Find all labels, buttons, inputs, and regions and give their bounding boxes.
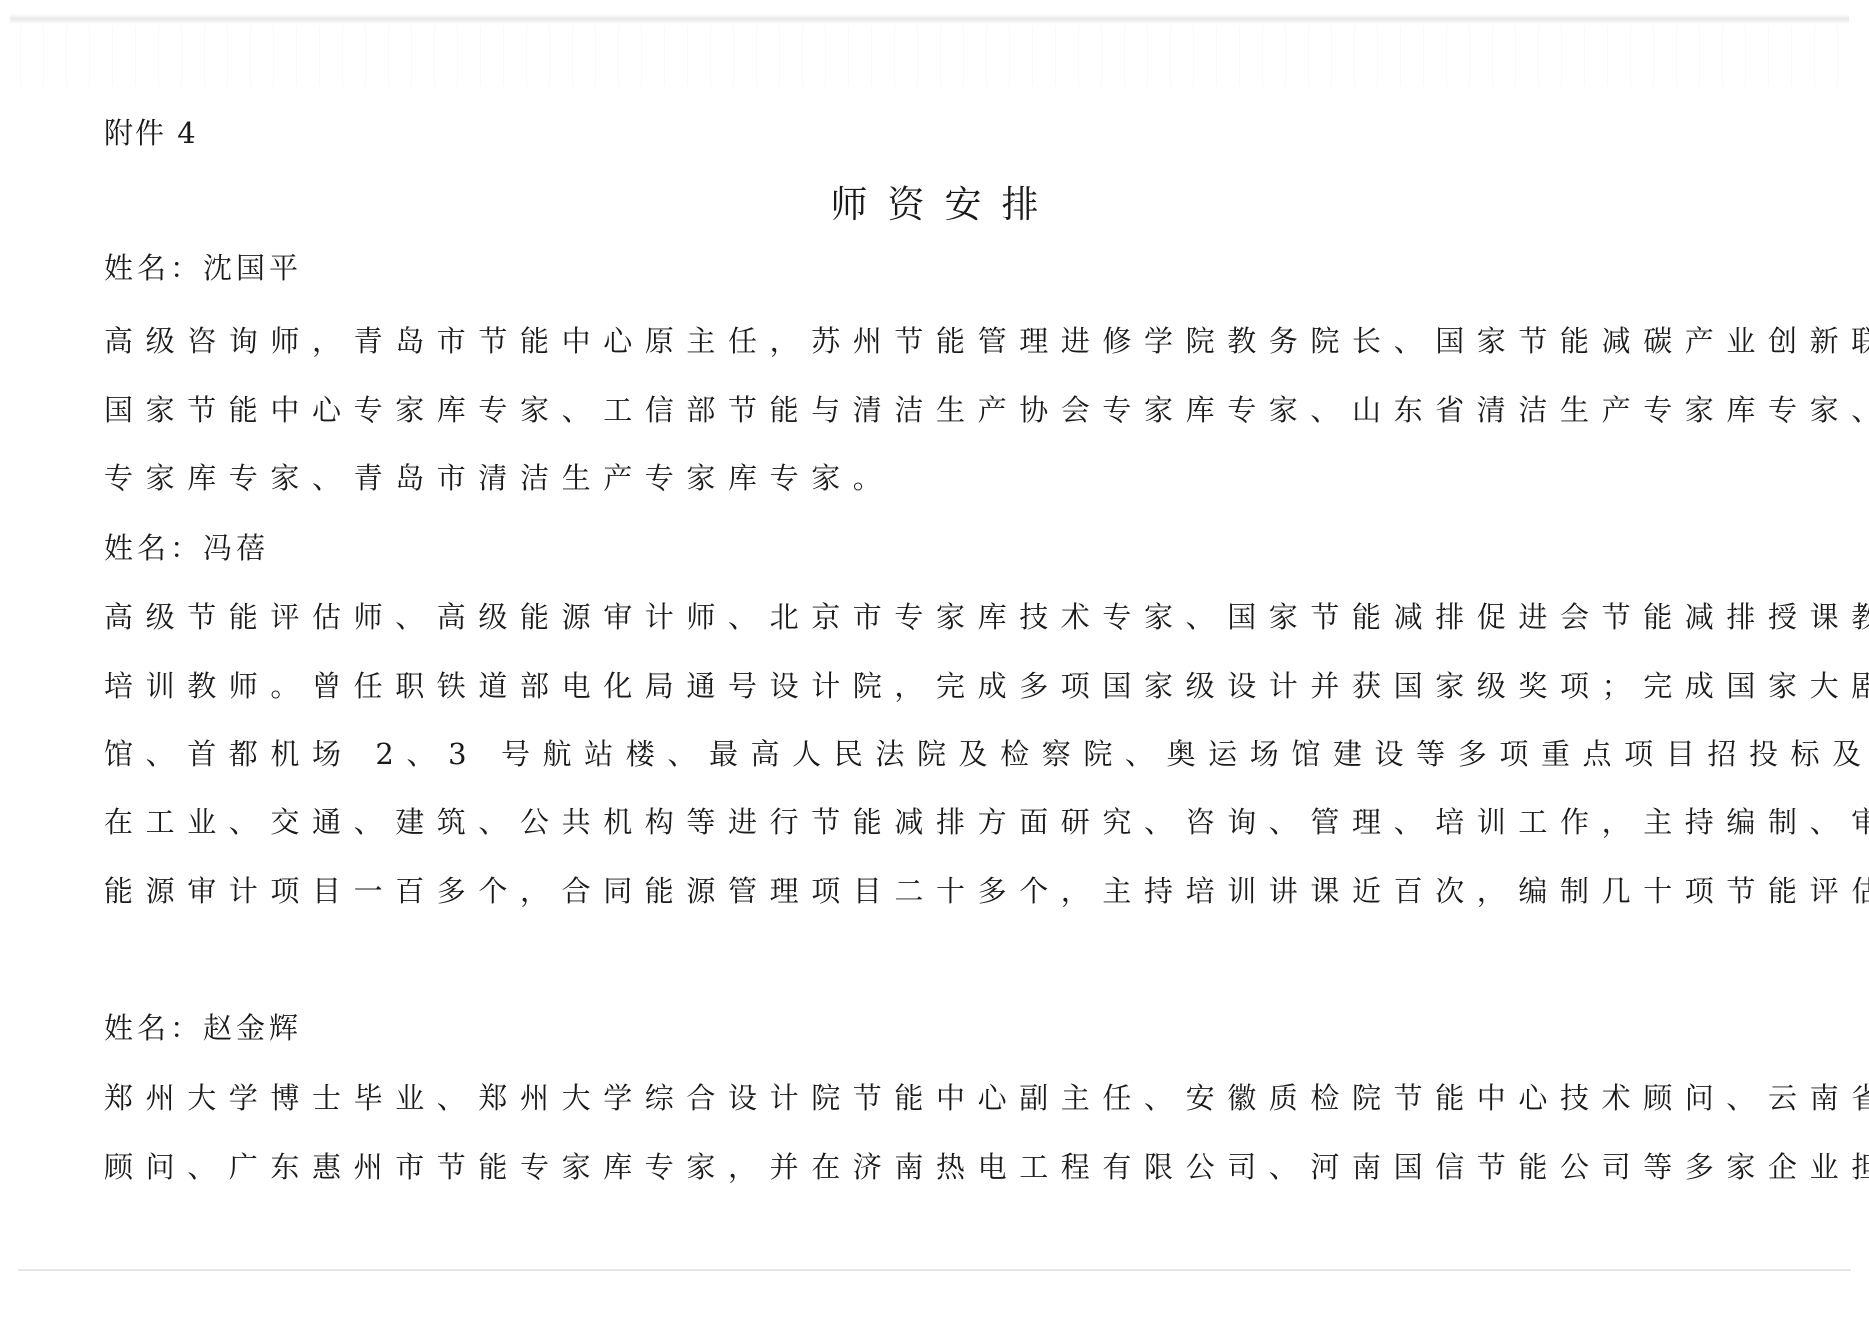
teacher-name-zhao-jinhui: 姓名：赵金辉 bbox=[104, 1010, 302, 1046]
teacher-name-shen-guoping: 姓名：沈国平 bbox=[104, 250, 302, 286]
teacher-bio-line: 馆、首都机场 2、3 号航站楼、最高人民法院及检察院、奥运场馆建设等多项重点项目… bbox=[104, 736, 1869, 772]
attachment-label: 附件 4 bbox=[104, 115, 198, 151]
teacher-bio-line: 国家节能中心专家库专家、工信部节能与清洁生产协会专家库专家、山东省清洁生产专家库… bbox=[104, 392, 1869, 428]
page-title: 师资安排 bbox=[0, 183, 1869, 227]
teacher-bio-line: 专家库专家、青岛市清洁生产专家库专家。 bbox=[104, 460, 894, 496]
teacher-bio-line: 郑州大学博士毕业、郑州大学综合设计院节能中心副主任、安徽质检院节能中心技术顾问、… bbox=[104, 1080, 1869, 1116]
teacher-bio-line: 顾问、广东惠州市节能专家库专家，并在济南热电工程有限公司、河南国信节能公司等多家… bbox=[104, 1149, 1869, 1185]
teacher-bio-line: 在工业、交通、建筑、公共机构等进行节能减排方面研究、咨询、管理、培训工作，主持编… bbox=[104, 804, 1869, 840]
teacher-name-feng-bei: 姓名：冯蓓 bbox=[104, 530, 269, 566]
teacher-bio-line: 高级咨询师，青岛市节能中心原主任，苏州节能管理进修学院教务院长、国家节能减碳产业… bbox=[104, 323, 1869, 359]
teacher-bio-line: 能源审计项目一百多个，合同能源管理项目二十多个，主持培训讲课近百次，编制几十项节… bbox=[104, 873, 1869, 909]
teacher-bio-line: 培训教师。曾任职铁道部电化局通号设计院，完成多项国家级设计并获国家级奖项；完成国… bbox=[104, 668, 1869, 704]
document-page: 附件 4 师资安排 姓名：沈国平 高级咨询师，青岛市节能中心原主任，苏州节能管理… bbox=[0, 0, 1869, 1322]
teacher-bio-line: 高级节能评估师、高级能源审计师、北京市专家库技术专家、国家节能减排促进会节能减排… bbox=[104, 599, 1869, 635]
